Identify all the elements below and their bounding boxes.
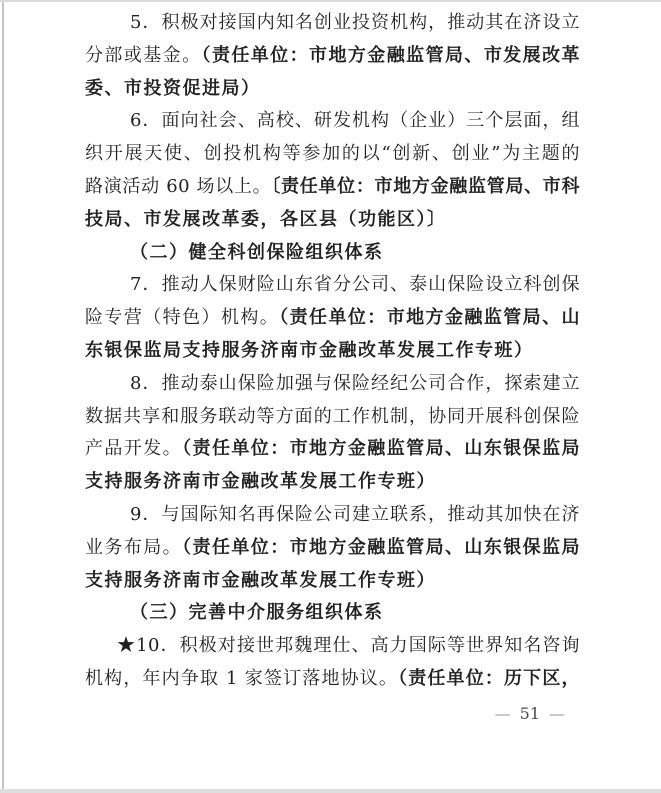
text-line: 支持服务济南市金融改革发展工作专班） bbox=[85, 565, 580, 598]
text-line: ★10．积极对接世邦魏理仕、高力国际等世界知名咨询 bbox=[85, 630, 580, 663]
text-line: 5．积极对接国内知名创业投资机构，推动其在济设立 bbox=[85, 7, 580, 40]
text-segment: 业务布局。 bbox=[85, 537, 182, 558]
text-line: 9．与国际知名再保险公司建立联系，推动其加快在济 bbox=[85, 499, 580, 532]
text-line: 业务布局。（责任单位：市地方金融监管局、山东银保监局 bbox=[85, 532, 580, 565]
document-page: 5．积极对接国内知名创业投资机构，推动其在济设立分部或基金。（责任单位：市地方金… bbox=[0, 0, 661, 793]
text-segment-bold: （责任单位：历下区， bbox=[398, 668, 580, 689]
text-segment: 7．推动人保财险山东省分公司、泰山保险设立科创保 bbox=[130, 274, 580, 295]
text-line: （二）健全科创保险组织体系 bbox=[85, 237, 580, 270]
document-body: 5．积极对接国内知名创业投资机构，推动其在济设立分部或基金。（责任单位：市地方金… bbox=[85, 7, 580, 696]
text-segment: 5．积极对接国内知名创业投资机构，推动其在济设立 bbox=[130, 12, 580, 33]
text-segment: 产品开发。 bbox=[85, 438, 182, 459]
page-left-edge bbox=[2, 2, 4, 793]
text-line: 织开展天使、创投机构等参加的以“创新、创业”为主题的 bbox=[85, 138, 580, 171]
page-bottom-edge bbox=[0, 789, 661, 793]
text-line: 技局、市发展改革委，各区县（功能区）〕 bbox=[85, 204, 580, 237]
text-segment-bold: 委、市投资促进局） bbox=[85, 78, 261, 99]
text-segment-bold: （责任单位：市地方金融监管局、山东银保监局 bbox=[182, 537, 580, 558]
text-line: 委、市投资促进局） bbox=[85, 73, 580, 106]
page-number: 51 bbox=[520, 704, 540, 723]
text-segment-bold: （三）完善中介服务组织体系 bbox=[130, 602, 384, 623]
page-footer: —51— bbox=[495, 702, 565, 726]
text-line: 东银保监局支持服务济南市金融改革发展工作专班） bbox=[85, 335, 580, 368]
text-segment: 8．推动泰山保险加强与保险经纪公司合作，探索建立 bbox=[130, 373, 580, 394]
text-segment: 分部或基金。 bbox=[85, 45, 202, 66]
text-line: 产品开发。（责任单位：市地方金融监管局、山东银保监局 bbox=[85, 433, 580, 466]
text-line: 8．推动泰山保险加强与保险经纪公司合作，探索建立 bbox=[85, 368, 580, 401]
text-segment: 织开展天使、创投机构等参加的以“创新、创业”为主题的 bbox=[85, 143, 580, 164]
text-segment-bold: 〔责任单位：市地方金融监管局、市科 bbox=[271, 176, 580, 197]
text-segment-bold: 支持服务济南市金融改革发展工作专班） bbox=[85, 570, 436, 591]
text-segment-bold: （二）健全科创保险组织体系 bbox=[130, 242, 384, 263]
footer-dash-right: — bbox=[549, 704, 565, 723]
text-segment: 险专营（特色）机构。 bbox=[85, 307, 279, 328]
text-line: 机构，年内争取 1 家签订落地协议。（责任单位：历下区， bbox=[85, 663, 580, 696]
text-segment-bold: （责任单位：市地方金融监管局、市发展改革 bbox=[202, 45, 580, 66]
text-segment-bold: （责任单位：市地方金融监管局、山东银保监局 bbox=[182, 438, 580, 459]
text-line: （三）完善中介服务组织体系 bbox=[85, 597, 580, 630]
text-line: 分部或基金。（责任单位：市地方金融监管局、市发展改革 bbox=[85, 40, 580, 73]
text-segment: 6．面向社会、高校、研发机构（企业）三个层面，组 bbox=[130, 110, 580, 131]
text-line: 数据共享和服务联动等方面的工作机制，协同开展科创保险 bbox=[85, 401, 580, 434]
text-segment: 数据共享和服务联动等方面的工作机制，协同开展科创保险 bbox=[85, 406, 580, 427]
footer-dash-left: — bbox=[495, 704, 511, 723]
text-line: 6．面向社会、高校、研发机构（企业）三个层面，组 bbox=[85, 105, 580, 138]
text-segment: 9．与国际知名再保险公司建立联系，推动其加快在济 bbox=[130, 504, 580, 525]
text-segment: ★10．积极对接世邦魏理仕、高力国际等世界知名咨询 bbox=[117, 635, 580, 656]
text-segment-bold: （责任单位：市地方金融监管局、山 bbox=[279, 307, 580, 328]
text-segment-bold: 东银保监局支持服务济南市金融改革发展工作专班） bbox=[85, 340, 534, 361]
text-segment-bold: 技局、市发展改革委，各区县（功能区）〕 bbox=[85, 209, 447, 230]
page-top-edge bbox=[0, 0, 661, 2]
text-line: 险专营（特色）机构。（责任单位：市地方金融监管局、山 bbox=[85, 302, 580, 335]
text-segment-bold: 支持服务济南市金融改革发展工作专班） bbox=[85, 471, 436, 492]
text-line: 支持服务济南市金融改革发展工作专班） bbox=[85, 466, 580, 499]
text-line: 路演活动 60 场以上。〔责任单位：市地方金融监管局、市科 bbox=[85, 171, 580, 204]
text-line: 7．推动人保财险山东省分公司、泰山保险设立科创保 bbox=[85, 269, 580, 302]
text-segment: 机构，年内争取 1 家签订落地协议。 bbox=[85, 668, 398, 689]
text-segment: 路演活动 60 场以上。 bbox=[85, 176, 271, 197]
